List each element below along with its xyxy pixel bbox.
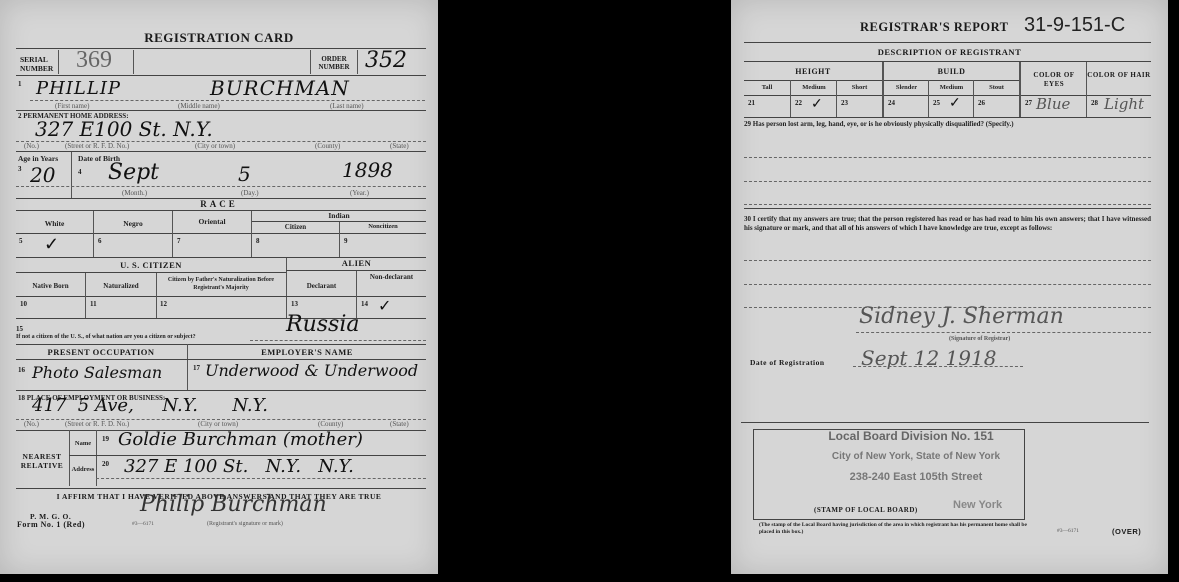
us-citizen-title: U. S. CITIZEN	[16, 260, 286, 270]
first-name: PHILLIP	[36, 78, 121, 99]
build-medium-label: Medium	[929, 84, 974, 91]
age-value: 20	[30, 163, 55, 187]
q17-number: 17	[193, 364, 200, 372]
hair-color-value: Light	[1104, 95, 1144, 113]
employment-no-label: (No.)	[24, 420, 39, 428]
eye-color-value: Blue	[1036, 95, 1070, 113]
q6-number: 6	[98, 237, 102, 245]
over-label: (OVER)	[1112, 527, 1141, 536]
stamp-box-label: (STAMP OF LOCAL BOARD)	[814, 506, 918, 514]
indian-title: Indian	[252, 211, 426, 220]
dob-month: Sept	[108, 160, 159, 185]
physical-disqualification-question: 29 Has person lost arm, leg, hand, eye, …	[744, 120, 1151, 129]
father-naturalization-label: Citizen by Father's Naturalization Befor…	[157, 276, 285, 292]
home-address: 327 E100 St. N.Y.	[35, 117, 213, 141]
employment-address: 417 5 Ave, N.Y. N.Y.	[32, 395, 268, 416]
relative-name-value: Goldie Burchman (mother)	[118, 429, 363, 450]
q23-number: 23	[841, 99, 848, 107]
height-title: HEIGHT	[744, 67, 882, 76]
hair-color-title: COLOR OF HAIR	[1087, 71, 1151, 80]
stamp-instructions: (The stamp of the Local Board having jur…	[759, 522, 1027, 536]
q15-number: 15	[16, 325, 23, 333]
dob-day: 5	[238, 162, 251, 186]
native-born-label: Native Born	[16, 282, 85, 290]
nationality-question: If not a citizen of the U. S., of what n…	[16, 334, 196, 340]
indian-citizen-label: Citizen	[252, 223, 339, 231]
q9-number: 9	[344, 237, 348, 245]
occupation-value: Photo Salesman	[32, 363, 162, 382]
last-name-label: (Last name)	[330, 102, 364, 110]
indian-noncitizen-label: Noncitizen	[340, 223, 426, 230]
employment-state-label: (State)	[390, 420, 409, 428]
address-no-label: (No.)	[24, 142, 39, 150]
q27-number: 27	[1025, 99, 1032, 107]
alien-title: ALIEN	[287, 258, 426, 268]
q10-number: 10	[20, 300, 27, 308]
description-title: DESCRIPTION OF REGISTRANT	[731, 47, 1168, 57]
q25-number: 25	[933, 99, 940, 107]
form-number: Form No. 1 (Red)	[17, 520, 85, 529]
relative-name-label: Name	[70, 440, 96, 447]
build-title: BUILD	[884, 67, 1019, 76]
occupation-title: PRESENT OCCUPATION	[16, 347, 186, 357]
last-name: BURCHMAN	[210, 76, 350, 100]
race-white-check: ✓	[44, 234, 59, 255]
non-declarant-check: ✓	[378, 296, 391, 315]
serial-number: 369	[76, 47, 112, 74]
report-title: REGISTRAR'S REPORT	[860, 20, 1009, 35]
q4-number: 4	[78, 168, 82, 176]
dob-month-label: (Month.)	[122, 189, 147, 197]
q13-number: 13	[291, 300, 298, 308]
height-short-label: Short	[837, 84, 882, 91]
race-oriental-label: Oriental	[173, 217, 251, 226]
q22-number: 22	[795, 99, 802, 107]
first-name-label: (First name)	[55, 102, 89, 110]
registrar-certification: 30 I certify that my answers are true; t…	[744, 215, 1151, 233]
stamp-line-4: New York	[953, 499, 1002, 511]
eye-color-title: COLOR OF EYES	[1023, 71, 1085, 89]
stamp-code: 31-9-151-C	[1024, 14, 1125, 37]
q19-number: 19	[102, 435, 109, 443]
build-medium-check: ✓	[949, 95, 961, 111]
height-medium-label: Medium	[791, 84, 837, 91]
nearest-relative-label: NEAREST RELATIVE	[16, 452, 68, 470]
employment-street-label: (Street or R. F. D. No.)	[65, 420, 129, 428]
q14-number: 14	[361, 300, 368, 308]
stamp-line-2: City of New York, State of New York	[791, 451, 1041, 462]
q3-number: 3	[18, 165, 22, 173]
registration-card-front: REGISTRATION CARD SERIALNUMBER 369 ORDER…	[0, 0, 438, 574]
q20-number: 20	[102, 460, 109, 468]
dob-year: 1898	[342, 158, 393, 182]
address-street-label: (Street or R. F. D. No.)	[65, 142, 129, 150]
order-label: ORDERNUMBER	[312, 55, 356, 71]
address-city-label: (City or town)	[195, 142, 235, 150]
q8-number: 8	[256, 237, 260, 245]
q24-number: 24	[888, 99, 895, 107]
address-state-label: (State)	[390, 142, 409, 150]
relative-address-value: 327 E 100 St. N.Y. N.Y.	[124, 456, 354, 477]
serial-label: SERIALNUMBER	[20, 55, 53, 73]
order-number: 352	[365, 48, 407, 73]
naturalized-label: Naturalized	[86, 282, 156, 290]
registration-date-label: Date of Registration	[750, 358, 825, 367]
middle-name-label: (Middle name)	[178, 102, 220, 110]
build-slender-label: Slender	[884, 84, 929, 91]
registrar-signature-label: (Signature of Registrar)	[949, 336, 1010, 342]
q11-number: 11	[90, 300, 97, 308]
address-county-label: (County)	[315, 142, 340, 150]
height-tall-label: Tall	[744, 84, 790, 91]
registrar-signature: Sidney J. Sherman	[859, 304, 1064, 329]
q12-number: 12	[160, 300, 167, 308]
q26-number: 26	[978, 99, 985, 107]
non-declarant-label: Non-declarant	[357, 273, 426, 282]
card-title: REGISTRATION CARD	[0, 30, 438, 46]
stamp-line-3: 238-240 East 105th Street	[806, 471, 1026, 483]
signature-label: (Registrant's signature or mark)	[207, 521, 283, 527]
employment-city-label: (City or town)	[198, 420, 238, 428]
build-stout-label: Stout	[974, 84, 1019, 91]
race-title: RACE	[0, 199, 438, 209]
registrant-signature: Philip Burchman	[140, 492, 327, 517]
q7-number: 7	[177, 237, 181, 245]
q5-number: 5	[19, 237, 23, 245]
print-code: #3—6171	[132, 521, 154, 527]
dob-year-label: (Year.)	[350, 189, 369, 197]
employer-value: Underwood & Underwood	[205, 361, 418, 380]
race-white-label: White	[16, 219, 93, 228]
q1-number: 1	[18, 80, 22, 88]
race-negro-label: Negro	[94, 219, 172, 228]
height-medium-check: ✓	[811, 96, 823, 112]
age-label: Age in Years	[18, 154, 58, 163]
employment-county-label: (County)	[318, 420, 343, 428]
registrars-report-back: REGISTRAR'S REPORT 31-9-151-C DESCRIPTIO…	[731, 0, 1168, 574]
dob-day-label: (Day.)	[241, 189, 259, 197]
q16-number: 16	[18, 366, 25, 374]
stamp-line-1: Local Board Division No. 151	[791, 429, 1031, 443]
employer-title: EMPLOYER'S NAME	[188, 347, 426, 357]
declarant-label: Declarant	[287, 282, 356, 290]
q28-number: 28	[1091, 99, 1098, 107]
q21-number: 21	[748, 99, 755, 107]
relative-address-label: Address	[70, 466, 96, 473]
nationality-value: Russia	[286, 312, 359, 337]
back-print-code: #3—6171	[1057, 528, 1079, 534]
